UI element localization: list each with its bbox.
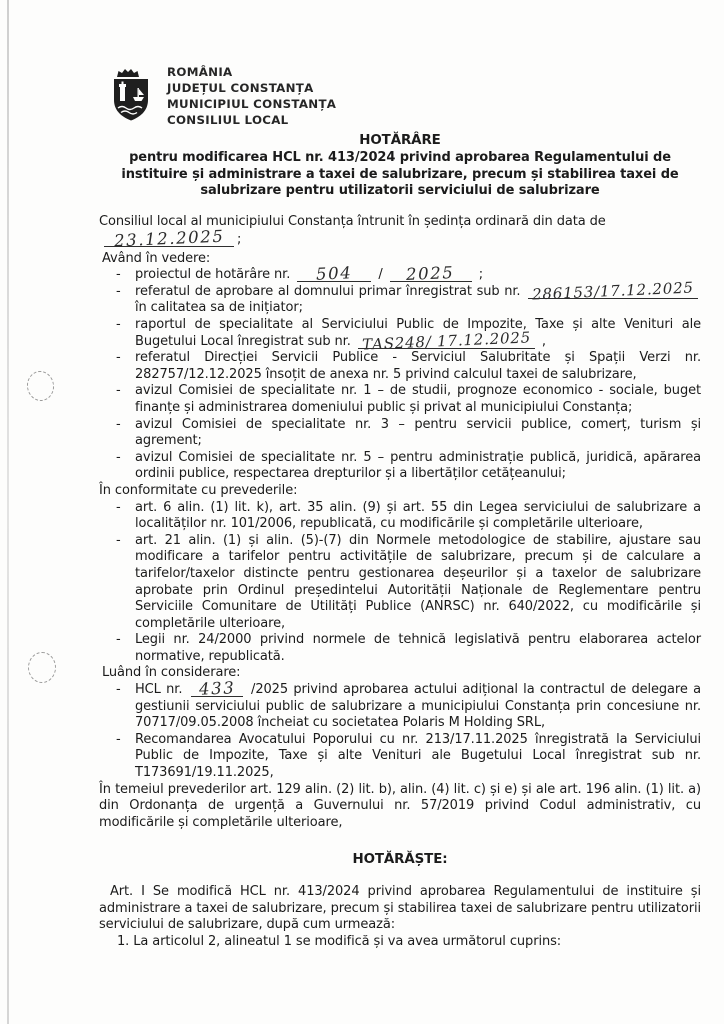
having-regard-list: proiectul de hotărâre nr. 504 / 2025 ; r… bbox=[99, 267, 701, 483]
list-item-hcl-433: HCL nr. 433 /2025 privind aprobarea actu… bbox=[135, 682, 701, 732]
org-line-country: ROMÂNIA bbox=[167, 65, 336, 81]
list-item-specialty-report: raportul de specialitate al Serviciului … bbox=[135, 317, 701, 350]
decides-heading: HOTĂRĂȘTE: bbox=[99, 852, 701, 869]
list-item-mayor-report: referatul de aprobare al domnului primar… bbox=[135, 284, 701, 317]
list-item-law-24-2000: Legii nr. 24/2000 privind normele de teh… bbox=[135, 632, 701, 665]
date-blank: 23.12.2025 bbox=[104, 232, 234, 247]
item-text: HCL nr. bbox=[135, 682, 182, 697]
hole-punch-mark bbox=[25, 369, 56, 402]
list-item-committee-3-opinion: avizul Comisiei de specialitate nr. 3 – … bbox=[135, 417, 701, 450]
scanned-document-page: ROMÂNIA JUDEȚUL CONSTANȚA MUNICIPIUL CON… bbox=[0, 0, 724, 1024]
org-line-municipality: MUNICIPIUL CONSTANȚA bbox=[167, 97, 336, 113]
handwritten-registration-number: 286153/17.12.2025 bbox=[528, 281, 698, 300]
document-title: HOTĂRÂRE bbox=[99, 133, 701, 150]
item-text: proiectul de hotărâre nr. bbox=[135, 267, 290, 282]
item-text: referatul de aprobare al domnului primar… bbox=[135, 284, 520, 299]
list-item-directorate-report: referatul Direcției Servicii Publice - S… bbox=[135, 350, 701, 383]
handwritten-draft-number: 504 bbox=[312, 267, 357, 281]
list-item-committee-5-opinion: avizul Comisiei de specialitate nr. 5 – … bbox=[135, 450, 701, 483]
handwritten-registration-number: TAS248/ 17.12.2025 bbox=[358, 331, 535, 351]
session-date-line: 23.12.2025; bbox=[101, 232, 701, 249]
considering-list: HCL nr. 433 /2025 privind aprobarea actu… bbox=[99, 682, 701, 782]
having-regard-label: Având în vedere: bbox=[102, 251, 701, 268]
list-item-order-640-2022: art. 21 alin. (1) și alin. (5)-(7) din N… bbox=[135, 533, 701, 633]
scan-edge-line bbox=[7, 0, 9, 1024]
punctuation: , bbox=[542, 334, 546, 349]
considering-label: Luând în considerare: bbox=[102, 665, 701, 682]
list-item-ombudsman-recommendation: Recomandarea Avocatului Poporului cu nr.… bbox=[135, 732, 701, 782]
year-blank: 2025 bbox=[390, 267, 472, 282]
handwritten-session-date: 23.12.2025 bbox=[110, 230, 229, 247]
handwritten-draft-year: 2025 bbox=[402, 267, 459, 281]
constanta-coat-of-arms-icon bbox=[108, 66, 154, 124]
article-1-paragraph: Art. I Se modifică HCL nr. 413/2024 priv… bbox=[99, 884, 701, 934]
hole-punch-mark bbox=[28, 652, 56, 683]
punctuation: ; bbox=[237, 232, 241, 247]
org-line-council: CONSILIUL LOCAL bbox=[167, 113, 336, 129]
document-subtitle: pentru modificarea HCL nr. 413/2024 priv… bbox=[99, 150, 701, 199]
org-line-county: JUDEȚUL CONSTANȚA bbox=[167, 81, 336, 97]
handwritten-hcl-number: 433 bbox=[194, 682, 239, 696]
item-text: în calitatea sa de inițiator; bbox=[135, 300, 303, 315]
list-item-committee-1-opinion: avizul Comisiei de specialitate nr. 1 – … bbox=[135, 383, 701, 416]
issuing-authority: ROMÂNIA JUDEȚUL CONSTANȚA MUNICIPIUL CON… bbox=[167, 64, 336, 129]
accordance-list: art. 6 alin. (1) lit. k), art. 35 alin. … bbox=[99, 500, 701, 666]
number-blank: 433 bbox=[191, 682, 243, 697]
registration-blank: 286153/17.12.2025 bbox=[528, 284, 698, 299]
registration-blank: TAS248/ 17.12.2025 bbox=[358, 334, 535, 349]
accordance-label: În conformitate cu prevederile: bbox=[99, 483, 701, 500]
list-item-law-101-2006: art. 6 alin. (1) lit. k), art. 35 alin. … bbox=[135, 500, 701, 533]
document-content: ROMÂNIA JUDEȚUL CONSTANȚA MUNICIPIUL CON… bbox=[99, 64, 701, 950]
separator: / bbox=[378, 267, 382, 282]
number-blank: 504 bbox=[297, 267, 371, 282]
point-1-paragraph: 1. La articolul 2, alineatul 1 se modifi… bbox=[99, 934, 701, 951]
letterhead: ROMÂNIA JUDEȚUL CONSTANȚA MUNICIPIUL CON… bbox=[108, 64, 701, 129]
punctuation: ; bbox=[479, 267, 483, 282]
legal-basis-paragraph: În temeiul prevederilor art. 129 alin. (… bbox=[99, 782, 701, 832]
